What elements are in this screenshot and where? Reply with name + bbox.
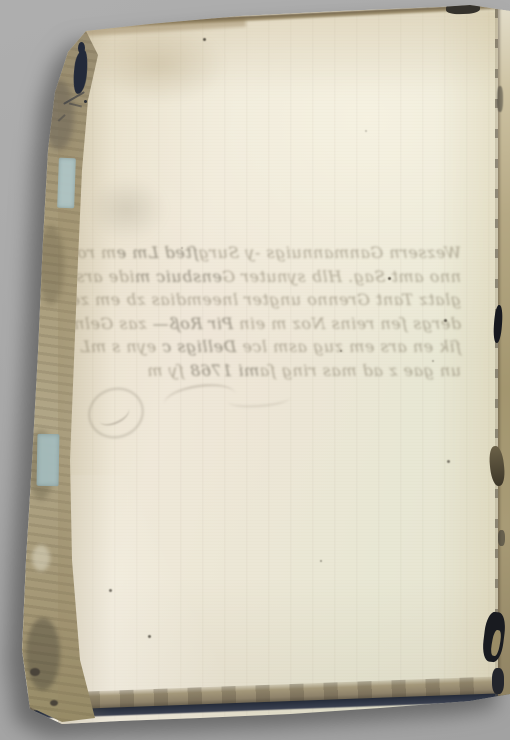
- page-gutter-line: [495, 9, 498, 697]
- tape-patch-top: [57, 158, 76, 209]
- binding-stain-4: [26, 618, 60, 690]
- binding-stain-1: [44, 80, 74, 150]
- book-page: Wezsern Ganmannuigs -y Surgſted Lm em ro…: [0, 0, 510, 740]
- tape-patch-bottom: [37, 434, 60, 486]
- binding-speck-2: [50, 700, 58, 706]
- book-shadow: Wezsern Ganmannuigs -y Surgſted Lm em ro…: [0, 0, 510, 740]
- pencil-dot: [84, 100, 87, 103]
- photo-backdrop: Wezsern Ganmannuigs -y Surgſted Lm em ro…: [0, 0, 510, 740]
- gutter-damage-1: [497, 86, 503, 112]
- gutter-damage-5: [492, 668, 504, 694]
- gutter-damage-6: [498, 530, 505, 546]
- binding-light-fleck: [32, 545, 50, 571]
- ink-blot-small: [78, 42, 85, 54]
- binding-speck-1: [30, 668, 40, 676]
- binding-stain-2: [38, 225, 64, 305]
